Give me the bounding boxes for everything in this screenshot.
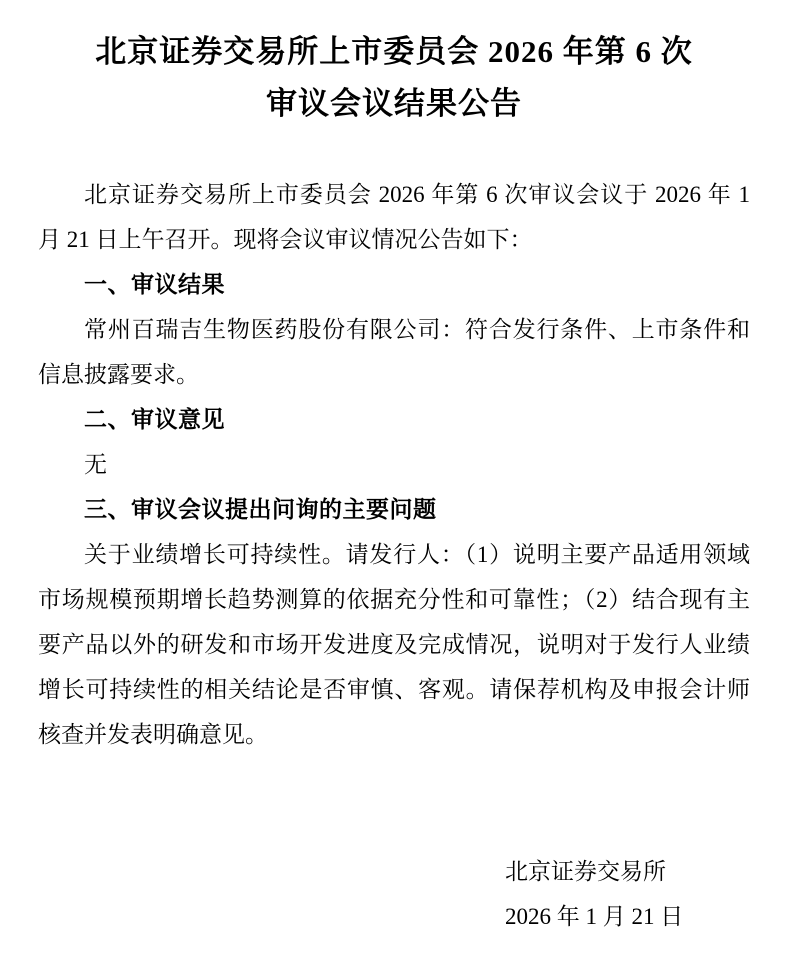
signature-date: 2026 年 1 月 21 日 (505, 894, 750, 939)
section-3-heading: 三、审议会议提出问询的主要问题 (38, 487, 750, 532)
document-title: 北京证券交易所上市委员会 2026 年第 6 次 审议会议结果公告 (48, 26, 740, 130)
section-1-body: 常州百瑞吉生物医药股份有限公司：符合发行条件、上市条件和信息披露要求。 (38, 307, 750, 397)
section-3-body: 关于业绩增长可持续性。请发行人：（1）说明主要产品适用领域市场规模预期增长趋势测… (38, 532, 750, 757)
signature-block: 北京证券交易所 2026 年 1 月 21 日 (505, 849, 750, 939)
document-title-line-1: 北京证券交易所上市委员会 2026 年第 6 次 (48, 26, 740, 78)
announcement-document: 北京证券交易所上市委员会 2026 年第 6 次 审议会议结果公告 北京证券交易… (0, 0, 788, 956)
section-1-heading: 一、审议结果 (38, 262, 750, 307)
section-2-heading: 二、审议意见 (38, 397, 750, 442)
intro-paragraph: 北京证券交易所上市委员会 2026 年第 6 次审议会议于 2026 年 1 月… (38, 172, 750, 262)
document-title-line-2: 审议会议结果公告 (48, 78, 740, 130)
signature-organization: 北京证券交易所 (505, 849, 750, 894)
document-body: 北京证券交易所上市委员会 2026 年第 6 次审议会议于 2026 年 1 月… (38, 172, 750, 757)
section-2-body: 无 (38, 442, 750, 487)
